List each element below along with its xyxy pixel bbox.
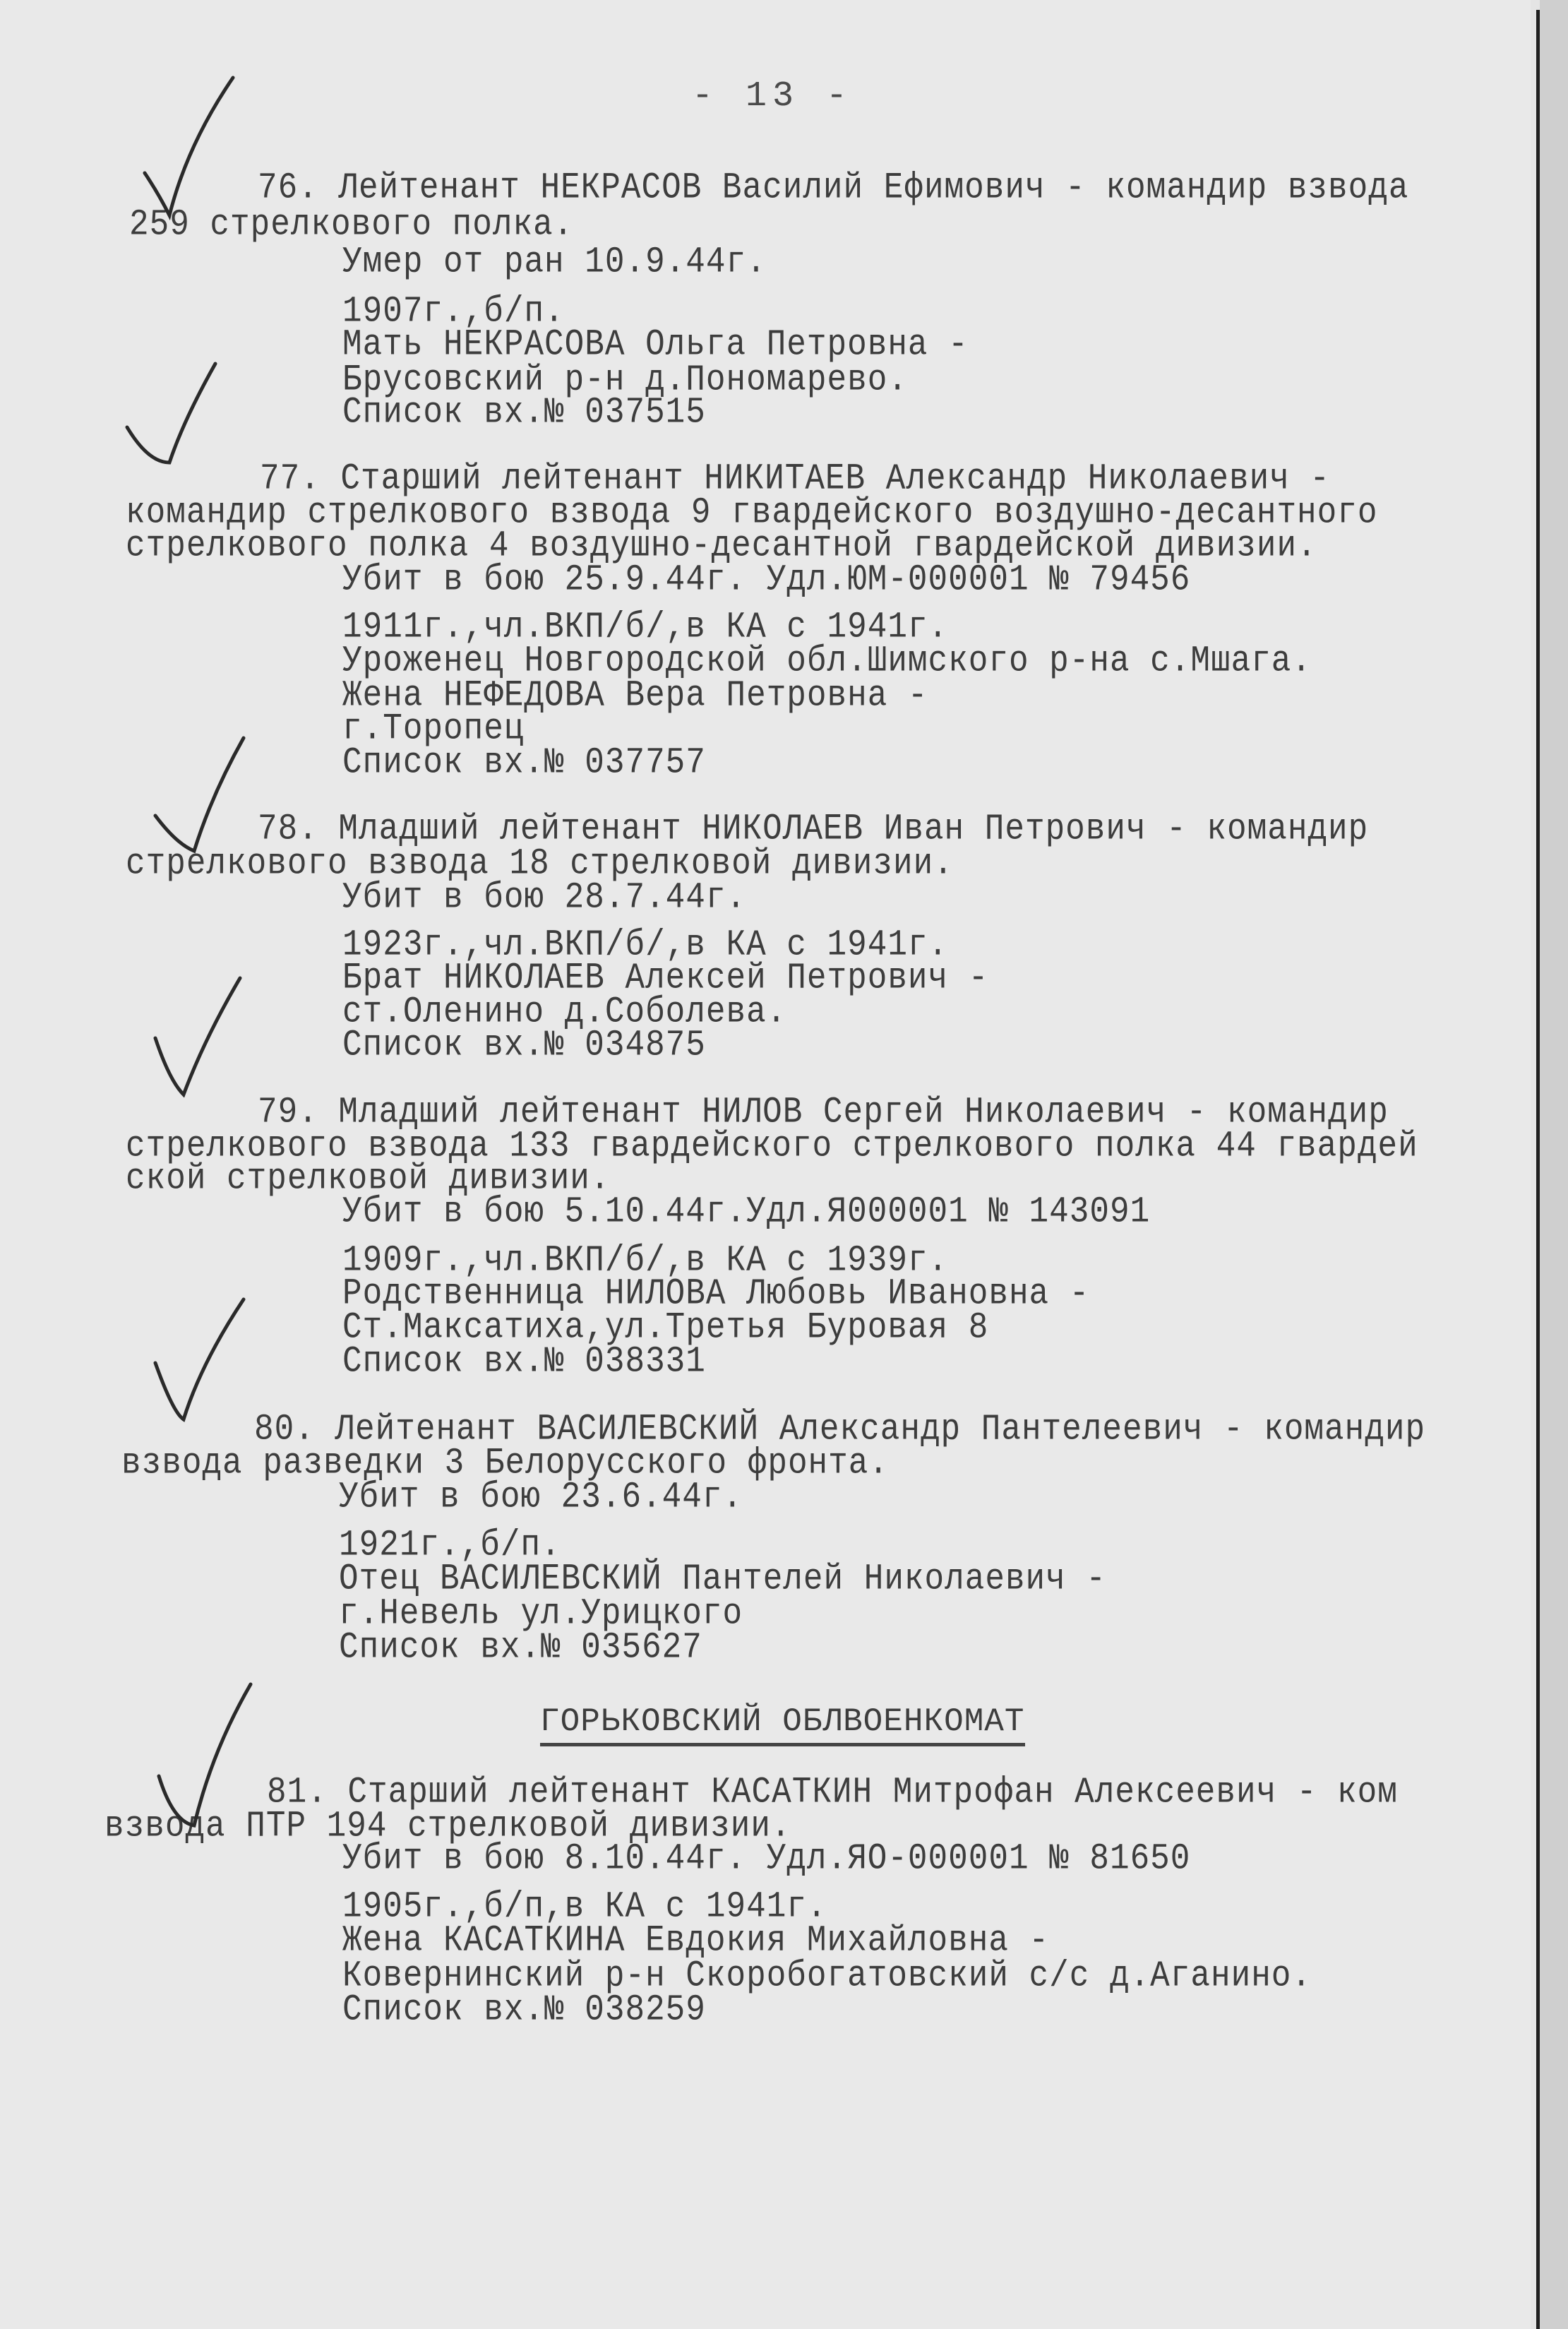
entry-81-line-7: Список вх.№ 038259 <box>342 1990 706 2030</box>
checkmark-icon <box>120 357 233 512</box>
entry-77-line-9: Список вх.№ 037757 <box>342 743 706 782</box>
entry-77-line-4: Убит в бою 25.9.44г. Удл.ЮМ-000001 № 794… <box>342 560 1190 600</box>
entry-80-line-3: Убит в бою 23.6.44г. <box>339 1477 743 1517</box>
entry-81-line-3: Убит в бою 8.10.44г. Удл.ЯО-000001 № 816… <box>342 1839 1190 1878</box>
entry-79-line-8: Список вх.№ 038331 <box>342 1342 706 1381</box>
checkmark-icon <box>145 1292 258 1448</box>
entry-76-line-1: 76. Лейтенант НЕКРАСОВ Василий Ефимович … <box>258 168 1408 208</box>
entry-76-line-3: Умер от ран 10.9.44г. <box>342 242 767 282</box>
checkmark-icon <box>145 1681 258 1836</box>
entry-76-line-7: Список вх.№ 037515 <box>342 393 706 432</box>
entry-78-line-3: Убит в бою 28.7.44г. <box>342 878 746 917</box>
entry-78-line-7: Список вх.№ 034875 <box>342 1025 706 1065</box>
entry-76-line-5: Мать НЕКРАСОВА Ольга Петровна - <box>342 325 969 364</box>
section-heading: ГОРЬКОВСКИЙ ОБЛВОЕНКОМАТ <box>540 1703 1025 1746</box>
checkmark-icon <box>145 731 258 886</box>
entry-81-line-5: Жена КАСАТКИНА Евдокия Михайловна - <box>342 1921 1049 1960</box>
scan-border <box>1540 0 1568 2329</box>
checkmark-icon <box>145 975 258 1130</box>
page-number: - 13 - <box>692 76 853 117</box>
entry-79-line-4: Убит в бою 5.10.44г.Удл.Я000001 № 143091 <box>342 1192 1150 1232</box>
entry-80-line-7: Список вх.№ 035627 <box>339 1628 702 1667</box>
checkmark-icon <box>131 74 244 230</box>
